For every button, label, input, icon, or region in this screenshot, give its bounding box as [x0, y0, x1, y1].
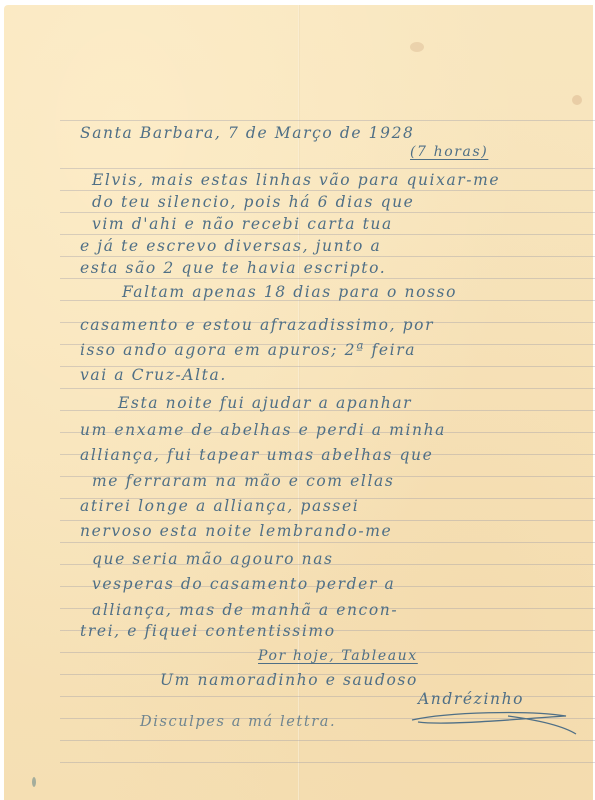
- letter-place-date: Santa Barbara, 7 de Março de 1928: [80, 124, 415, 142]
- paper-stain: [572, 95, 582, 105]
- ruled-line: [60, 740, 595, 741]
- ruled-line: [60, 256, 595, 257]
- body-line-8: isso ando agora em apuros; 2ª feira: [80, 341, 416, 359]
- ruled-line: [60, 520, 595, 521]
- body-line-16: que seria mão agouro nas: [92, 550, 334, 568]
- body-line-6: Faltam apenas 18 dias para o nosso: [122, 283, 457, 301]
- body-line-13: me ferraram na mão e com ellas: [92, 472, 394, 490]
- ruled-line: [60, 762, 595, 763]
- postscript: Disculpes a má lettra.: [140, 714, 336, 730]
- ruled-line: [60, 278, 595, 279]
- body-line-18: alliança, mas de manhã a encon-: [92, 601, 398, 619]
- letter-time: (7 horas): [410, 144, 488, 160]
- ruled-line: [60, 388, 595, 389]
- ruled-line: [60, 542, 595, 543]
- body-line-19: trei, e fiquei contentissimo: [80, 622, 336, 640]
- body-line-4: e já te escrevo diversas, junto a: [80, 237, 381, 255]
- body-line-5: esta são 2 que te havia escripto.: [80, 259, 386, 277]
- ink-spot: [32, 777, 36, 787]
- ruled-line: [60, 190, 595, 191]
- closing-line-1: Por hoje, Tableaux: [258, 648, 418, 664]
- closing-line-2: Um namoradinho e saudoso: [160, 671, 418, 689]
- body-line-3: vim d'ahi e não recebi carta tua: [92, 215, 393, 233]
- signature-flourish: [408, 706, 578, 736]
- body-line-11: um enxame de abelhas e perdi a minha: [80, 421, 446, 439]
- ruled-line: [60, 120, 595, 121]
- paper-stain: [410, 42, 424, 52]
- ruled-line: [60, 234, 595, 235]
- body-line-1: Elvis, mais estas linhas vão para quixar…: [92, 171, 500, 189]
- body-line-7: casamento e estou afrazadissimo, por: [80, 316, 434, 334]
- body-line-9: vai a Cruz-Alta.: [80, 366, 227, 384]
- body-line-12: alliança, fui tapear umas abelhas que: [80, 446, 433, 464]
- body-line-10: Esta noite fui ajudar a apanhar: [118, 394, 412, 412]
- body-line-17: vesperas do casamento perder a: [92, 575, 395, 593]
- body-line-14: atirei longe a alliança, passei: [80, 497, 359, 515]
- ruled-line: [60, 168, 595, 169]
- body-line-15: nervoso esta noite lembrando-me: [80, 522, 392, 540]
- body-line-2: do teu silencio, pois há 6 dias que: [92, 193, 414, 211]
- ruled-line: [60, 212, 595, 213]
